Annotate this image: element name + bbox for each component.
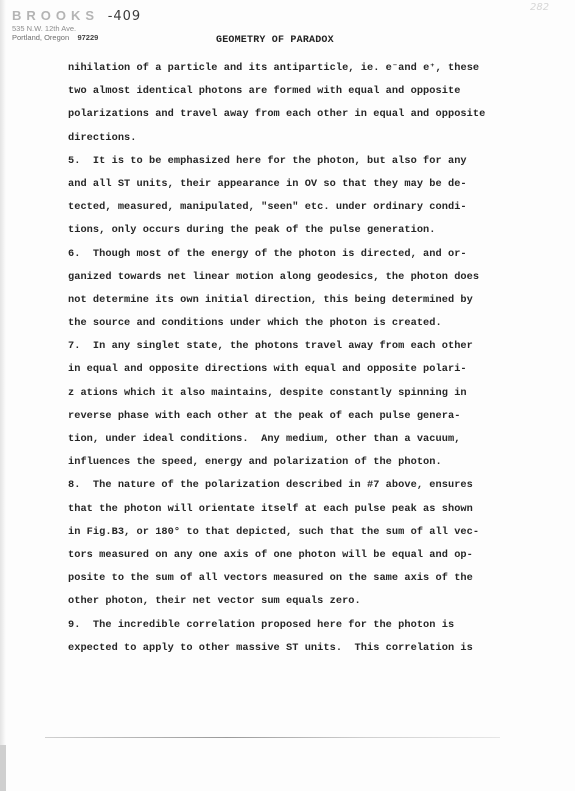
text-line: 7. In any singlet state, the photons tra… <box>68 335 568 358</box>
text-line: directions. <box>68 127 568 150</box>
text-line: tions, only occurs during the peak of th… <box>68 219 568 242</box>
text-line: 8. The nature of the polarization descri… <box>68 474 568 497</box>
text-line: reverse phase with each other at the pea… <box>68 405 568 428</box>
text-line: that the photon will orientate itself at… <box>68 498 568 521</box>
text-line: ganized towards net linear motion along … <box>68 266 568 289</box>
text-line: influences the speed, energy and polariz… <box>68 451 568 474</box>
text-line: the source and conditions under which th… <box>68 312 568 335</box>
page-title: GEOMETRY OF PARADOX <box>216 35 334 46</box>
stamp-zip: 97229 <box>77 33 98 42</box>
handwritten-number: -409 <box>108 9 142 24</box>
text-line: and all ST units, their appearance in OV… <box>68 173 568 196</box>
document-body: nihilation of a particle and its antipar… <box>68 57 568 660</box>
text-line: expected to apply to other massive ST un… <box>68 637 568 660</box>
text-line: 5. It is to be emphasized here for the p… <box>68 150 568 173</box>
text-line: tected, measured, manipulated, "seen" et… <box>68 196 568 219</box>
text-line: 9. The incredible correlation proposed h… <box>68 614 568 637</box>
stamp-address: 535 N.W. 12th Ave. <box>12 24 172 33</box>
stamp-name-line: BROOKS -409 <box>12 8 172 24</box>
text-line: tors measured on any one axis of one pho… <box>68 544 568 567</box>
text-line: two almost identical photons are formed … <box>68 80 568 103</box>
stamp-name: BROOKS <box>12 8 99 23</box>
page-corner-mark: 282 <box>530 2 549 13</box>
text-line: polarizations and travel away from each … <box>68 103 568 126</box>
address-stamp: BROOKS -409 535 N.W. 12th Ave. Portland,… <box>12 8 172 42</box>
scan-edge-shadow <box>0 0 6 791</box>
text-line: tion, under ideal conditions. Any medium… <box>68 428 568 451</box>
text-line: in equal and opposite directions with eq… <box>68 358 568 381</box>
text-line: other photon, their net vector sum equal… <box>68 590 568 613</box>
scan-fold-line <box>45 737 500 738</box>
stamp-city: Portland, Oregon <box>12 33 69 42</box>
text-line: z ations which it also maintains, despit… <box>68 382 568 405</box>
text-line: not determine its own initial direction,… <box>68 289 568 312</box>
stamp-city-line: Portland, Oregon 97229 <box>12 33 172 42</box>
text-line: nihilation of a particle and its antipar… <box>68 57 568 80</box>
document-page: BROOKS -409 535 N.W. 12th Ave. Portland,… <box>0 0 575 791</box>
text-line: posite to the sum of all vectors measure… <box>68 567 568 590</box>
text-line: 6. Though most of the energy of the phot… <box>68 243 568 266</box>
scan-edge-shadow-bottom <box>0 745 6 791</box>
text-line: in Fig.B3, or 180° to that depicted, suc… <box>68 521 568 544</box>
